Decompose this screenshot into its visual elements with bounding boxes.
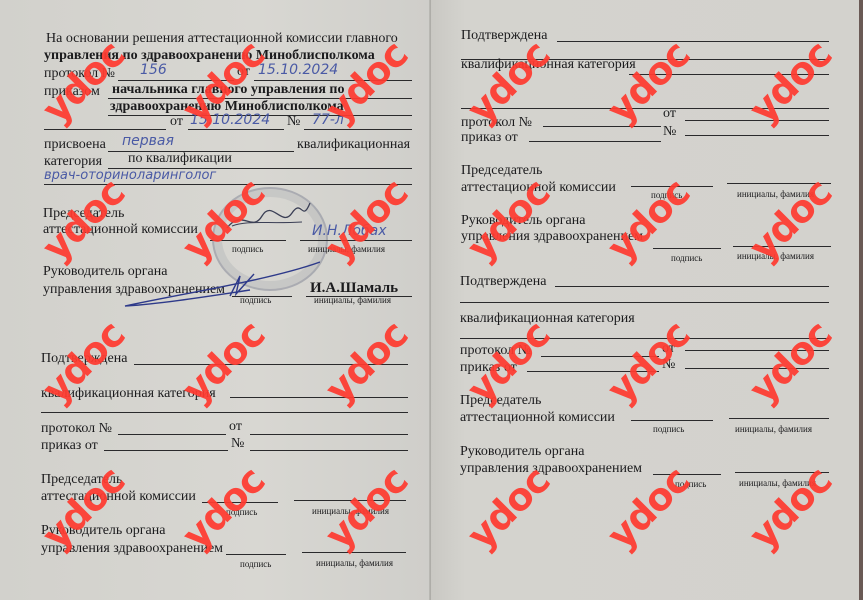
protocol-number-rule-2 — [118, 434, 226, 435]
order-number-rule-2 — [250, 450, 408, 451]
order-from-label-2: приказ от — [41, 438, 98, 454]
head-name-rule-2 — [302, 552, 406, 553]
protocol-label-2: протокол № — [41, 421, 112, 437]
head-signature — [120, 260, 320, 310]
order-from-label-r1: приказ от — [461, 130, 518, 146]
head-name: И.А.Шамаль — [310, 280, 398, 296]
order-number-rule — [304, 129, 412, 130]
from-label-r1: от — [663, 106, 676, 122]
head-name-caption-2: инициалы, фамилия — [316, 558, 393, 568]
name-caption-r2: инициалы, фамилия — [735, 424, 812, 434]
protocol-number-value: 156 — [140, 62, 167, 78]
confirmed-rule-r1 — [557, 41, 829, 42]
chairman-name-rule-r2 — [729, 418, 829, 419]
no-label-r1: № — [663, 124, 676, 140]
head-signature-caption-r1: подпись — [671, 253, 702, 263]
order-date-rule-r1 — [529, 141, 661, 142]
specialty-value: врач-оториноларинголог — [44, 168, 216, 184]
qualification-label: квалификационная — [297, 137, 410, 153]
order-number-rule-r1 — [685, 135, 829, 136]
protocol-date-rule-r1 — [685, 120, 829, 121]
order-no-label: № — [287, 114, 300, 130]
chairman-line2-r2: аттестационной комиссии — [460, 410, 615, 426]
qualification-category-label-r2: квалификационная категория — [460, 311, 635, 327]
assigned-value: первая — [122, 133, 174, 149]
qualification-category-rule — [230, 397, 408, 398]
order-date-rule-2 — [104, 450, 228, 451]
assigned-label: присвоена — [44, 137, 106, 153]
chairman-signature-caption: подпись — [232, 244, 263, 254]
head-line2-r2: управления здравоохранением — [460, 461, 642, 477]
signature-caption-r2: подпись — [653, 424, 684, 434]
head-signature-caption-2: подпись — [240, 559, 271, 569]
head-signature-rule-2 — [226, 554, 286, 555]
confirmed-rule2-r2 — [460, 302, 829, 303]
head-name-caption: инициалы, фамилия — [314, 295, 391, 305]
no-label-2: № — [231, 436, 244, 452]
head-line1-r2: Руководитель органа — [460, 444, 584, 460]
category-value: по квалификации — [128, 151, 232, 167]
head-signature-rule-r1 — [653, 248, 721, 249]
from-label-2: от — [229, 419, 242, 435]
chairman-signature-rule-r2 — [631, 420, 713, 421]
book-cover-edge — [859, 0, 863, 600]
protocol-number-rule-r1 — [543, 126, 661, 127]
qualification-category-rule2 — [41, 412, 408, 413]
protocol-date-rule-2 — [250, 434, 408, 435]
head-signature-caption: подпись — [240, 295, 271, 305]
confirmed-rule-r2 — [555, 286, 829, 287]
confirmed-label-r2: Подтверждена — [460, 274, 546, 290]
order-from-label: от — [170, 114, 183, 130]
